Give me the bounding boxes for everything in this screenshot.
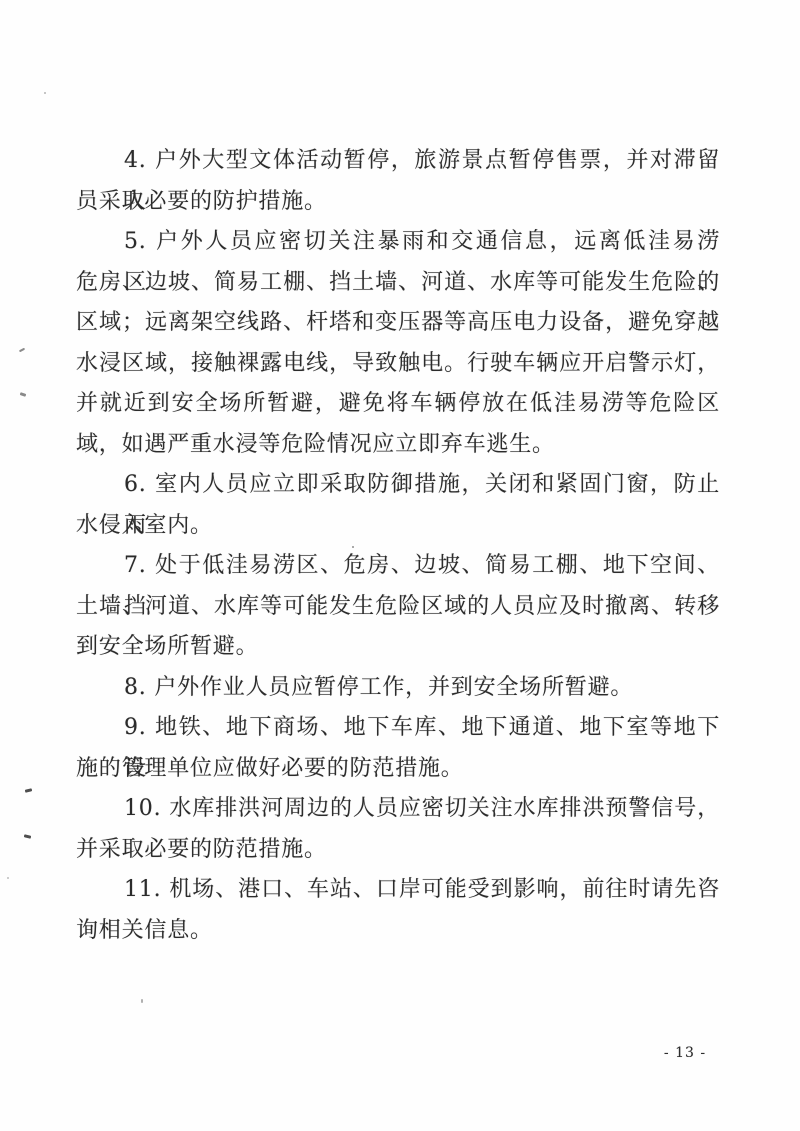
paragraph-item-11: 11. 机场、港口、车站、口岸可能受到影响，前往时请先咨 询相关信息。 bbox=[76, 870, 720, 951]
paragraph-6-line-2: 水侵入室内。 bbox=[76, 506, 720, 547]
scan-speck bbox=[25, 788, 33, 793]
paragraph-9-line-1: 9. 地铁、地下商场、地下车库、地下通道、地下室等地下设 bbox=[76, 708, 720, 749]
paragraph-4-line-2: 员采取必要的防护措施。 bbox=[76, 182, 720, 223]
paragraph-item-10: 10. 水库排洪河周边的人员应密切关注水库排洪预警信号， 并采取必要的防范措施。 bbox=[76, 789, 720, 870]
paragraph-item-4: 4. 户外大型文体活动暂停，旅游景点暂停售票，并对滞留人 员采取必要的防护措施。 bbox=[76, 141, 720, 222]
paragraph-5-line-4: 水浸区域，接触裸露电线，导致触电。行驶车辆应开启警示灯， bbox=[76, 344, 720, 385]
scan-speck bbox=[44, 92, 46, 94]
paragraph-11-line-2: 询相关信息。 bbox=[76, 911, 720, 952]
paragraph-7-line-3: 到安全场所暂避。 bbox=[76, 627, 720, 668]
paragraph-5-line-5: 并就近到安全场所暂避，避免将车辆停放在低洼易涝等危险区 bbox=[76, 384, 720, 425]
page-number: - 13 - bbox=[662, 1045, 708, 1061]
paragraph-item-5: 5. 户外人员应密切关注暴雨和交通信息，远离低洼易涝区、 危房、边坡、简易工棚、… bbox=[76, 222, 720, 465]
scan-speck bbox=[19, 348, 25, 353]
scanned-document-page: 4. 户外大型文体活动暂停，旅游景点暂停售票，并对滞留人 员采取必要的防护措施。… bbox=[0, 0, 800, 1131]
paragraph-5-line-1: 5. 户外人员应密切关注暴雨和交通信息，远离低洼易涝区、 bbox=[76, 222, 720, 263]
paragraph-6-line-1: 6. 室内人员应立即采取防御措施，关闭和紧固门窗，防止雨 bbox=[76, 465, 720, 506]
scan-speck bbox=[24, 834, 32, 839]
paragraph-7-line-2: 土墙、河道、水库等可能发生危险区域的人员应及时撤离、转移 bbox=[76, 587, 720, 628]
paragraph-item-7: 7. 处于低洼易涝区、危房、边坡、简易工棚、地下空间、挡 土墙、河道、水库等可能… bbox=[76, 546, 720, 668]
text-block: 4. 户外大型文体活动暂停，旅游景点暂停售票，并对滞留人 员采取必要的防护措施。… bbox=[76, 141, 720, 951]
paragraph-5-line-3: 区域；远离架空线路、杆塔和变压器等高压电力设备，避免穿越 bbox=[76, 303, 720, 344]
paragraph-5-line-2: 危房、边坡、简易工棚、挡土墙、河道、水库等可能发生危险的 bbox=[76, 263, 720, 304]
paragraph-10-line-2: 并采取必要的防范措施。 bbox=[76, 830, 720, 871]
paragraph-5-line-6: 域，如遇严重水浸等危险情况应立即弃车逃生。 bbox=[76, 425, 720, 466]
paragraph-item-9: 9. 地铁、地下商场、地下车库、地下通道、地下室等地下设 施的管理单位应做好必要… bbox=[76, 708, 720, 789]
paragraph-11-line-1: 11. 机场、港口、车站、口岸可能受到影响，前往时请先咨 bbox=[76, 870, 720, 911]
scan-speck bbox=[20, 392, 27, 397]
paragraph-4-line-1: 4. 户外大型文体活动暂停，旅游景点暂停售票，并对滞留人 bbox=[76, 141, 720, 182]
paragraph-8-line-1: 8. 户外作业人员应暂停工作，并到安全场所暂避。 bbox=[76, 668, 720, 709]
scan-speck bbox=[141, 999, 143, 1003]
paragraph-10-line-1: 10. 水库排洪河周边的人员应密切关注水库排洪预警信号， bbox=[76, 789, 720, 830]
paragraph-7-line-1: 7. 处于低洼易涝区、危房、边坡、简易工棚、地下空间、挡 bbox=[76, 546, 720, 587]
paragraph-item-6: 6. 室内人员应立即采取防御措施，关闭和紧固门窗，防止雨 水侵入室内。 bbox=[76, 465, 720, 546]
paragraph-9-line-2: 施的管理单位应做好必要的防范措施。 bbox=[76, 749, 720, 790]
scan-speck bbox=[352, 546, 354, 548]
paragraph-item-8: 8. 户外作业人员应暂停工作，并到安全场所暂避。 bbox=[76, 668, 720, 709]
scan-speck bbox=[7, 877, 9, 879]
